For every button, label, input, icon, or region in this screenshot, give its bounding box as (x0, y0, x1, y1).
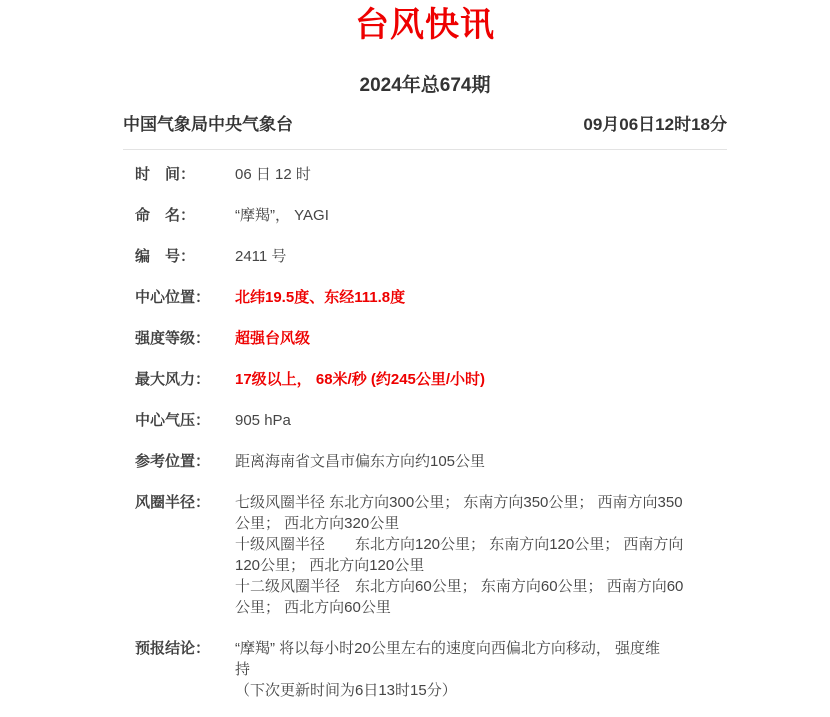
field-value-line: 持 (235, 659, 727, 680)
field-value-line: 公里； 西北方向60公里 (235, 597, 727, 618)
field-value-line: “摩羯” 将以每小时20公里左右的速度向西偏北方向移动， 强度维 (235, 638, 727, 659)
field-label: 编 号： (135, 246, 235, 267)
field-value-line: 北纬19.5度、东经111.8度 (235, 287, 727, 308)
field-label: 中心气压： (135, 410, 235, 431)
field-value: 17级以上， 68米/秒 (约245公里/小时) (235, 369, 727, 390)
field-row: 编 号：2411 号 (135, 246, 727, 267)
field-value-line: “摩羯”， YAGI (235, 205, 727, 226)
field-value-line: 距离海南省文昌市偏东方向约105公里 (235, 451, 727, 472)
field-value-line: 超强台风级 (235, 328, 727, 349)
field-value: “摩羯”， YAGI (235, 205, 727, 226)
field-row: 风圈半径：七级风圈半径 东北方向300公里； 东南方向350公里； 西南方向35… (135, 492, 727, 618)
field-value-line: 七级风圈半径 东北方向300公里； 东南方向350公里； 西南方向350 (235, 492, 727, 513)
field-value-line: 2411 号 (235, 246, 727, 267)
field-value: 北纬19.5度、东经111.8度 (235, 287, 727, 308)
field-value: 06 日 12 时 (235, 164, 727, 185)
publish-datetime: 09月06日12时18分 (583, 114, 727, 136)
field-value: 七级风圈半径 东北方向300公里； 东南方向350公里； 西南方向350公里； … (235, 492, 727, 618)
field-row: 最大风力：17级以上， 68米/秒 (约245公里/小时) (135, 369, 727, 390)
issue-number: 2024年总674期 (123, 74, 727, 98)
field-value-line: 17级以上， 68米/秒 (约245公里/小时) (235, 369, 727, 390)
bulletin-fields: 时 间：06 日 12 时命 名：“摩羯”， YAGI编 号：2411 号中心位… (123, 164, 727, 701)
field-value: 905 hPa (235, 410, 727, 431)
field-label: 最大风力： (135, 369, 235, 390)
field-value-line: 120公里； 西北方向120公里 (235, 555, 727, 576)
field-row: 强度等级：超强台风级 (135, 328, 727, 349)
field-value: 超强台风级 (235, 328, 727, 349)
field-row: 中心气压：905 hPa (135, 410, 727, 431)
field-value: 2411 号 (235, 246, 727, 267)
field-label: 参考位置： (135, 451, 235, 472)
field-value-line: 十二级风圈半径 东北方向60公里； 东南方向60公里； 西南方向60 (235, 576, 727, 597)
field-value-line: 06 日 12 时 (235, 164, 727, 185)
field-row: 时 间：06 日 12 时 (135, 164, 727, 185)
header-divider (123, 149, 727, 150)
field-row: 预报结论：“摩羯” 将以每小时20公里左右的速度向西偏北方向移动， 强度维持（下… (135, 638, 727, 701)
meta-row: 中国气象局中央气象台 09月06日12时18分 (123, 114, 727, 136)
field-label: 预报结论： (135, 638, 235, 659)
field-value: 距离海南省文昌市偏东方向约105公里 (235, 451, 727, 472)
field-value: “摩羯” 将以每小时20公里左右的速度向西偏北方向移动， 强度维持（下次更新时间… (235, 638, 727, 701)
field-label: 风圈半径： (135, 492, 235, 513)
field-row: 中心位置：北纬19.5度、东经111.8度 (135, 287, 727, 308)
field-value-line: 公里； 西北方向320公里 (235, 513, 727, 534)
field-value-line: 十级风圈半径 东北方向120公里； 东南方向120公里； 西南方向 (235, 534, 727, 555)
agency-name: 中国气象局中央气象台 (123, 114, 293, 136)
field-label: 时 间： (135, 164, 235, 185)
typhoon-bulletin-page: 台风快讯 2024年总674期 中国气象局中央气象台 09月06日12时18分 … (0, 0, 830, 701)
field-label: 命 名： (135, 205, 235, 226)
field-label: 中心位置： (135, 287, 235, 308)
field-row: 参考位置：距离海南省文昌市偏东方向约105公里 (135, 451, 727, 472)
field-value-line: 905 hPa (235, 410, 727, 431)
page-title: 台风快讯 (123, 4, 727, 46)
field-value-line: （下次更新时间为6日13时15分） (235, 680, 727, 701)
field-label: 强度等级： (135, 328, 235, 349)
field-row: 命 名：“摩羯”， YAGI (135, 205, 727, 226)
